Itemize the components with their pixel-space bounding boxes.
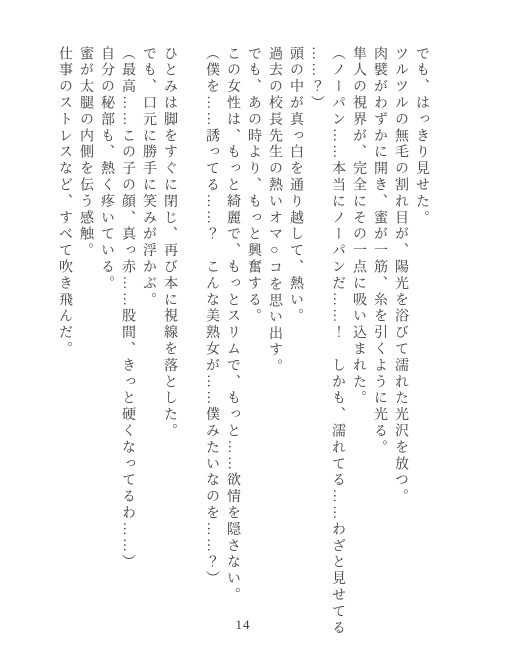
paragraph: ツルツルの無毛の割れ目が、陽光を浴びて濡れた光沢を放つ。 (390, 46, 411, 642)
paragraph: 隼人の視界が、完全にその一点に吸い込まれた。 (348, 46, 369, 642)
paragraph: この女性は、もっと綺麗で、もっとスリムで、もっと……欲情を隠さない。 (222, 46, 243, 642)
paragraph: 肉襞がわずかに開き、蜜が一筋、糸を引くように光る。 (369, 46, 390, 642)
paragraph-block-1: でも、はっきり見せた。 ツルツルの無毛の割れ目が、陽光を浴びて濡れた光沢を放つ。… (201, 46, 432, 642)
paragraph: 仕事のストレスなど、すべて吹き飛んだ。 (54, 46, 75, 642)
paragraph: でも、あの時より、もっと興奮する。 (243, 46, 264, 642)
paragraph: 頭の中が真っ白を通り越して、熱い。 (285, 46, 306, 642)
vertical-text-area: でも、はっきり見せた。 ツルツルの無毛の割れ目が、陽光を浴びて濡れた光沢を放つ。… (54, 46, 432, 642)
paragraph: 過去の校長先生の熱いオマ○コを思い出す。 (264, 46, 285, 642)
paragraph-block-2: ひとみは脚をすぐに閉じ、再び本に視線を落とした。 でも、口元に勝手に笑みが浮かぶ… (54, 46, 180, 642)
book-page: でも、はっきり見せた。 ツルツルの無毛の割れ目が、陽光を浴びて濡れた光沢を放つ。… (0, 0, 530, 660)
paragraph-inner-monologue: （最高……この子の顔、真っ赤……股間、きっと硬くなってるわ……） (117, 46, 138, 642)
paragraph: 蜜が太腿の内側を伝う感触。 (75, 46, 96, 642)
paragraph: でも、口元に勝手に笑みが浮かぶ。 (138, 46, 159, 642)
paragraph-inner-monologue: （ノーパン……本当にノーパンだ……！ しかも、濡れてる……わざと見せてる……？） (306, 46, 348, 642)
paragraph-inner-monologue: （僕を……誘ってる……？ こんな美熟女が……僕みたいなのを……？） (201, 46, 222, 642)
page-number: 14 (236, 617, 251, 633)
paragraph: でも、はっきり見せた。 (411, 46, 432, 642)
paragraph: ひとみは脚をすぐに閉じ、再び本に視線を落とした。 (159, 46, 180, 642)
paragraph: 自分の秘部も、熱く疼いている。 (96, 46, 117, 642)
